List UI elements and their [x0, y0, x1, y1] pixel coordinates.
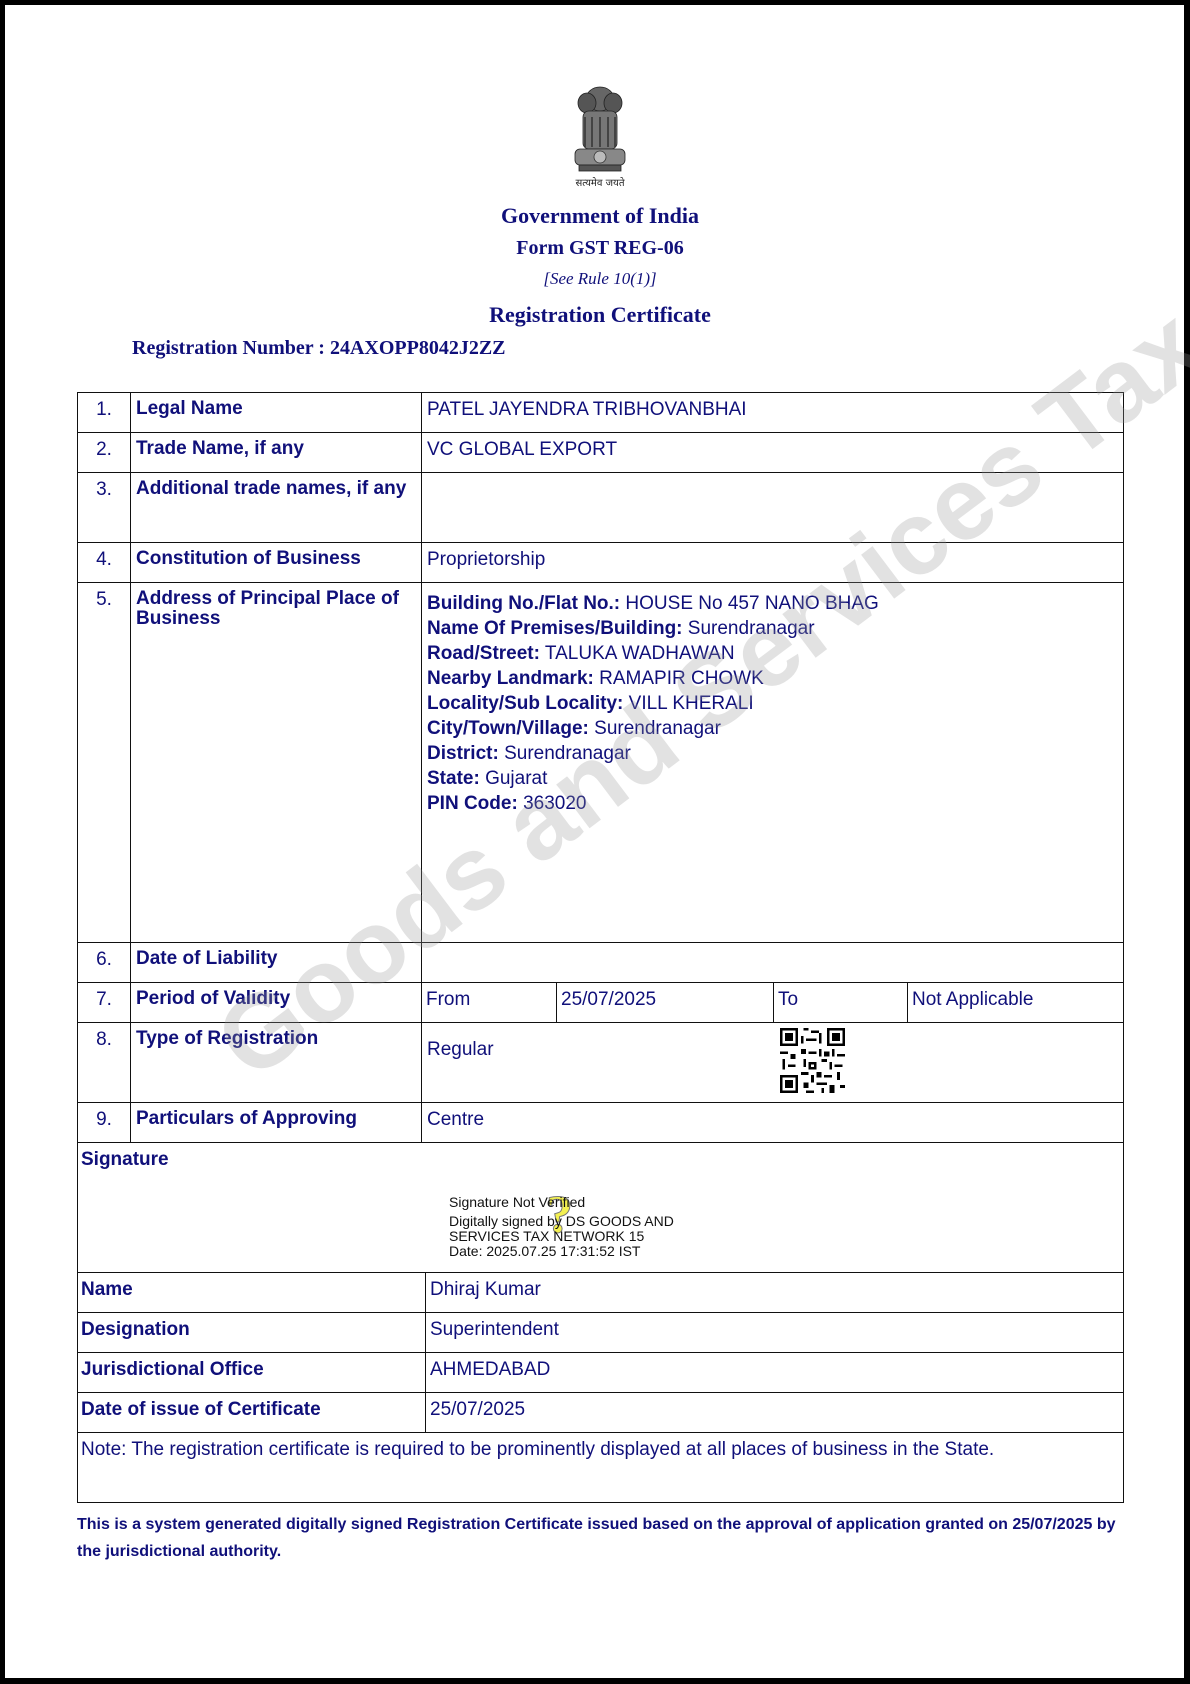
date-of-liability-value	[422, 943, 1123, 982]
address-val: Surendranagar	[594, 718, 721, 739]
government-title: Government of India	[5, 203, 1190, 229]
address-line: Road/Street: TALUKA WADHAWAN	[427, 641, 1118, 666]
officer-label: Designation	[78, 1313, 426, 1352]
signature-label: Signature	[81, 1149, 169, 1171]
address-val: Surendranagar	[688, 618, 815, 639]
row-number: 8.	[78, 1023, 131, 1102]
table-row: Name Dhiraj Kumar	[77, 1272, 1124, 1312]
note-row: Note: The registration certificate is re…	[77, 1432, 1124, 1503]
row-label: Date of Liability	[131, 943, 422, 982]
row-number: 7.	[78, 983, 131, 1022]
address-val: HOUSE No 457 NANO BHAG	[625, 593, 878, 614]
address-val: VILL KHERALI	[629, 693, 754, 714]
rule-reference: [See Rule 10(1)]	[5, 269, 1190, 289]
address-value: Building No./Flat No.: HOUSE No 457 NANO…	[422, 583, 1123, 942]
row-label: Trade Name, if any	[131, 433, 422, 472]
trade-name-value: VC GLOBAL EXPORT	[422, 433, 1123, 472]
row-number: 2.	[78, 433, 131, 472]
table-row: Designation Superintendent	[77, 1312, 1124, 1352]
table-row: 7. Period of Validity From 25/07/2025 To…	[77, 982, 1124, 1022]
signature-row: Signature ? Signature Not Verified Digit…	[77, 1142, 1124, 1272]
row-label: Particulars of Approving	[131, 1103, 422, 1142]
qr-code-icon	[780, 1028, 845, 1093]
address-val: 363020	[523, 793, 586, 814]
table-row: Jurisdictional Office AHMEDABAD	[77, 1352, 1124, 1392]
issue-date-value: 25/07/2025	[426, 1393, 1123, 1432]
address-key: PIN Code:	[427, 793, 518, 814]
national-emblem-icon	[565, 77, 635, 189]
address-val: RAMAPIR CHOWK	[599, 668, 764, 689]
signature-status: Signature Not Verified	[449, 1195, 674, 1210]
address-line: Name Of Premises/Building: Surendranagar	[427, 616, 1118, 641]
certificate-title: Registration Certificate	[5, 302, 1190, 328]
table-row: 6. Date of Liability	[77, 942, 1124, 982]
row-label: Legal Name	[131, 393, 422, 432]
row-label: Constitution of Business	[131, 543, 422, 582]
signature-line: SERVICES TAX NETWORK 15	[449, 1229, 674, 1244]
address-line: PIN Code: 363020	[427, 791, 1118, 816]
address-key: Locality/Sub Locality:	[427, 693, 623, 714]
address-key: Nearby Landmark:	[427, 668, 594, 689]
table-row: 4. Constitution of Business Proprietorsh…	[77, 542, 1124, 582]
validity-to-label: To	[774, 983, 908, 1022]
row-number: 9.	[78, 1103, 131, 1142]
officer-label: Name	[78, 1273, 426, 1312]
registration-number: Registration Number : 24AXOPP8042J2ZZ	[132, 337, 506, 360]
address-line: Building No./Flat No.: HOUSE No 457 NANO…	[427, 591, 1118, 616]
registration-number-value: 24AXOPP8042J2ZZ	[330, 337, 506, 359]
validity-from-label: From	[422, 983, 557, 1022]
row-number: 4.	[78, 543, 131, 582]
additional-trade-names-value	[422, 473, 1123, 542]
row-label: Additional trade names, if any	[131, 473, 422, 542]
address-line: Nearby Landmark: RAMAPIR CHOWK	[427, 666, 1118, 691]
officer-label: Jurisdictional Office	[78, 1353, 426, 1392]
row-label: Address of Principal Place of Business	[131, 583, 422, 942]
designation-value: Superintendent	[426, 1313, 1123, 1352]
address-line: City/Town/Village: Surendranagar	[427, 716, 1118, 741]
address-line: State: Gujarat	[427, 766, 1118, 791]
table-row: 8. Type of Registration Regular	[77, 1022, 1124, 1102]
address-key: Road/Street:	[427, 643, 540, 664]
signature-date: Date: 2025.07.25 17:31:52 IST	[449, 1244, 674, 1259]
row-number: 5.	[78, 583, 131, 942]
registration-type-value: Regular	[427, 1039, 494, 1061]
address-key: City/Town/Village:	[427, 718, 589, 739]
table-row: 3. Additional trade names, if any	[77, 472, 1124, 542]
legal-name-value: PATEL JAYENDRA TRIBHOVANBHAI	[422, 393, 1123, 432]
motto: सत्यमेव जयते	[560, 175, 640, 189]
table-row: Date of issue of Certificate 25/07/2025	[77, 1392, 1124, 1432]
jurisdictional-office-value: AHMEDABAD	[426, 1353, 1123, 1392]
row-number: 1.	[78, 393, 131, 432]
row-label: Type of Registration	[131, 1023, 422, 1102]
table-row: 1. Legal Name PATEL JAYENDRA TRIBHOVANBH…	[77, 392, 1124, 432]
row-label: Period of Validity	[131, 983, 422, 1022]
row-number: 3.	[78, 473, 131, 542]
address-key: District:	[427, 743, 499, 764]
system-generated-footer: This is a system generated digitally sig…	[77, 1511, 1127, 1565]
table-row: 9. Particulars of Approving Centre	[77, 1102, 1124, 1142]
validity-to-value: Not Applicable	[908, 983, 1123, 1022]
address-line: District: Surendranagar	[427, 741, 1118, 766]
address-key: Name Of Premises/Building:	[427, 618, 683, 639]
approving-value: Centre	[422, 1103, 1123, 1142]
page: सत्यमेव जयते Government of India Form GS…	[0, 0, 1190, 1684]
registration-type-cell: Regular	[422, 1023, 1123, 1102]
address-key: State:	[427, 768, 480, 789]
constitution-value: Proprietorship	[422, 543, 1123, 582]
digital-signature-block[interactable]: Signature Not Verified Digitally signed …	[449, 1195, 674, 1259]
signature-line: Digitally signed by DS GOODS AND	[449, 1214, 674, 1229]
form-title: Form GST REG-06	[5, 237, 1190, 260]
address-key: Building No./Flat No.:	[427, 593, 620, 614]
registration-number-label: Registration Number :	[132, 337, 325, 359]
address-val: Surendranagar	[504, 743, 631, 764]
table-row: 5. Address of Principal Place of Busines…	[77, 582, 1124, 942]
address-val: TALUKA WADHAWAN	[545, 643, 735, 664]
officer-label: Date of issue of Certificate	[78, 1393, 426, 1432]
validity-from-value: 25/07/2025	[557, 983, 774, 1022]
address-line: Locality/Sub Locality: VILL KHERALI	[427, 691, 1118, 716]
officer-name-value: Dhiraj Kumar	[426, 1273, 1123, 1312]
display-note: Note: The registration certificate is re…	[78, 1433, 1123, 1502]
table-row: 2. Trade Name, if any VC GLOBAL EXPORT	[77, 432, 1124, 472]
address-val: Gujarat	[485, 768, 547, 789]
row-number: 6.	[78, 943, 131, 982]
